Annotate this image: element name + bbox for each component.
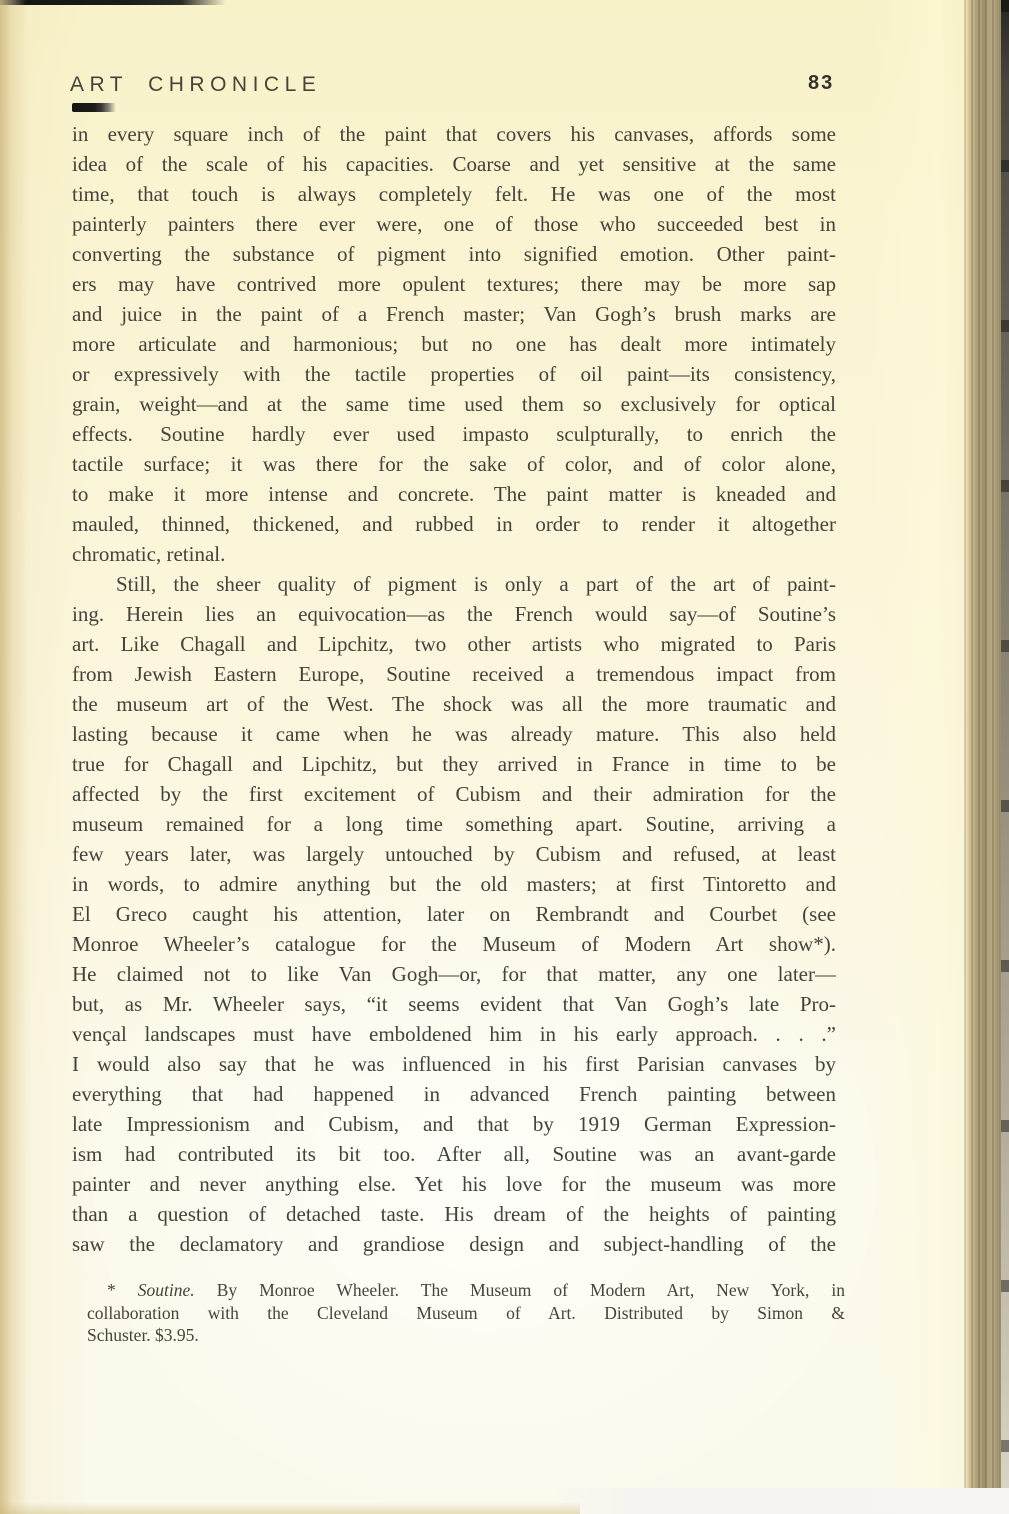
body-text-line: to make it more intense and concrete. Th… [72,479,836,509]
body-text-line: Monroe Wheeler’s catalogue for the Museu… [72,929,836,959]
body-text-line: affected by the first excitement of Cubi… [72,779,836,809]
page-number: 83 [808,72,834,95]
body-text-line: than a question of detached taste. His d… [72,1199,836,1229]
footnote-text: By Monroe Wheeler. The Museum of Modern … [195,1280,845,1300]
body-text-line: everything that had happened in advanced… [72,1079,836,1109]
running-head: ART CHRONICLE [70,74,321,96]
body-text-line: museum remained for a long time somethin… [72,809,836,839]
footnote-book-title: Soutine. [116,1280,195,1300]
body-text-line: more articulate and harmonious; but no o… [72,329,836,359]
body-text-line: true for Chagall and Lipchitz, but they … [72,749,836,779]
body-text-line: He claimed not to like Van Gogh—or, for … [72,959,836,989]
page-gutter-shadow [0,0,26,1514]
body-text-line: ism had contributed its bit too. After a… [72,1139,836,1169]
body-text-line: and juice in the paint of a French maste… [72,299,836,329]
body-text-line: grain, weight—and at the same time used … [72,389,836,419]
scan-bottom-shadow [0,1502,580,1514]
body-text-line: I would also say that he was influenced … [72,1049,836,1079]
scan-top-edge-artifact [0,0,226,5]
footnote-line: * Soutine. By Monroe Wheeler. The Museum… [87,1279,845,1302]
body-text-line: idea of the scale of his capacities. Coa… [72,149,836,179]
body-text-line: the museum art of the West. The shock wa… [72,689,836,719]
body-text-line: tactile surface; it was there for the sa… [72,449,836,479]
body-text-line: few years later, was largely untouched b… [72,839,836,869]
scan-bottom-artifact [552,1488,1009,1514]
body-text-line: in every square inch of the paint that c… [72,119,836,149]
body-text-line: late Impressionism and Cubism, and that … [72,1109,836,1139]
body-text-line: saw the declamatory and grandiose design… [72,1229,836,1259]
body-text-line: effects. Soutine hardly ever used impast… [72,419,836,449]
footnote: * Soutine. By Monroe Wheeler. The Museum… [87,1279,845,1347]
body-text-line: El Greco caught his attention, later on … [72,899,836,929]
body-text-line: chromatic, retinal. [72,539,836,569]
ink-smudge-mark [72,103,116,112]
body-text-line: from Jewish Eastern Europe, Soutine rece… [72,659,836,689]
body-text-line: Still, the sheer quality of pigment is o… [72,569,836,599]
body-text-line: mauled, thinned, thickened, and rubbed i… [72,509,836,539]
body-text-line: ers may have contrived more opulent text… [72,269,836,299]
footnote-marker: * [107,1280,116,1300]
body-text-line: converting the substance of pigment into… [72,239,836,269]
body-text-line: painterly painters there ever were, one … [72,209,836,239]
body-text-line: time, that touch is always completely fe… [72,179,836,209]
body-text-line: lasting because it came when he was alre… [72,719,836,749]
body-text-line: but, as Mr. Wheeler says, “it seems evid… [72,989,836,1019]
body-text-line: art. Like Chagall and Lipchitz, two othe… [72,629,836,659]
body-text-line: vençal landscapes must have emboldened h… [72,1019,836,1049]
body-text-line: ing. Herein lies an equivocation—as the … [72,599,836,629]
scanned-book-page: ART CHRONICLE 83 in every square inch of… [0,0,1009,1514]
footnote-line: collaboration with the Cleveland Museum … [87,1302,845,1325]
body-text-line: painter and never anything else. Yet his… [72,1169,836,1199]
book-spine-edge [1001,0,1009,1492]
body-text-line: or expressively with the tactile propert… [72,359,836,389]
body-text-line: in words, to admire anything but the old… [72,869,836,899]
body-text: in every square inch of the paint that c… [72,119,836,1259]
footnote-line: Schuster. $3.95. [87,1324,845,1347]
